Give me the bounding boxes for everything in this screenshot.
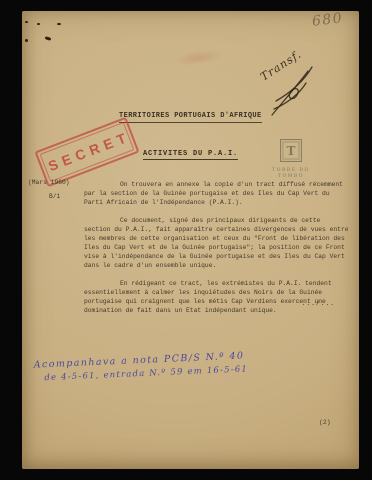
pencil-folio-number: 680 — [311, 10, 344, 30]
continuation-mark: .../... — [302, 300, 335, 307]
archive-stamp-line2: TOMBO — [268, 174, 314, 179]
margin-date: (Mars 1960) — [28, 179, 70, 186]
red-smudge — [171, 47, 224, 68]
secret-stamp-inner-border — [40, 122, 135, 182]
page-number: (2) — [319, 419, 331, 426]
handwritten-archivist-note: Acompanhava a nota PCB/S N.º 40 de 4-5-6… — [34, 350, 249, 383]
document-page: 680 Transf. TERRITOIRES PORTUGAIS D'AFRI… — [22, 11, 359, 469]
signature-scribble-icon — [248, 35, 336, 123]
paragraph-1: On trouvera en annexe la copie d'un trac… — [84, 180, 350, 207]
ink-speck — [45, 36, 52, 41]
document-title: TERRITOIRES PORTUGAIS D'AFRIQUE — [119, 112, 262, 123]
secret-stamp: SECRET — [34, 117, 139, 188]
ink-speck — [57, 23, 61, 25]
ink-speck — [25, 21, 28, 23]
margin-reference: B/1 — [49, 193, 60, 200]
archive-stamp-letter: T — [280, 139, 302, 162]
paragraph-3: En rédigeant ce tract, les extrémistes d… — [84, 279, 350, 315]
handwritten-transfer-annotation: Transf. — [248, 35, 336, 123]
ink-speck — [25, 39, 28, 42]
paragraph-2: Ce document, signé des principaux dirige… — [84, 216, 350, 270]
ink-speck — [37, 23, 40, 25]
scanned-document: 680 Transf. TERRITOIRES PORTUGAIS D'AFRI… — [0, 0, 372, 480]
archive-stamp-line1: TORRE DO — [268, 168, 314, 173]
document-subtitle: ACTIVITES DU P.A.I. — [143, 150, 238, 160]
archive-stamp: T TORRE DO TOMBO — [268, 139, 314, 179]
